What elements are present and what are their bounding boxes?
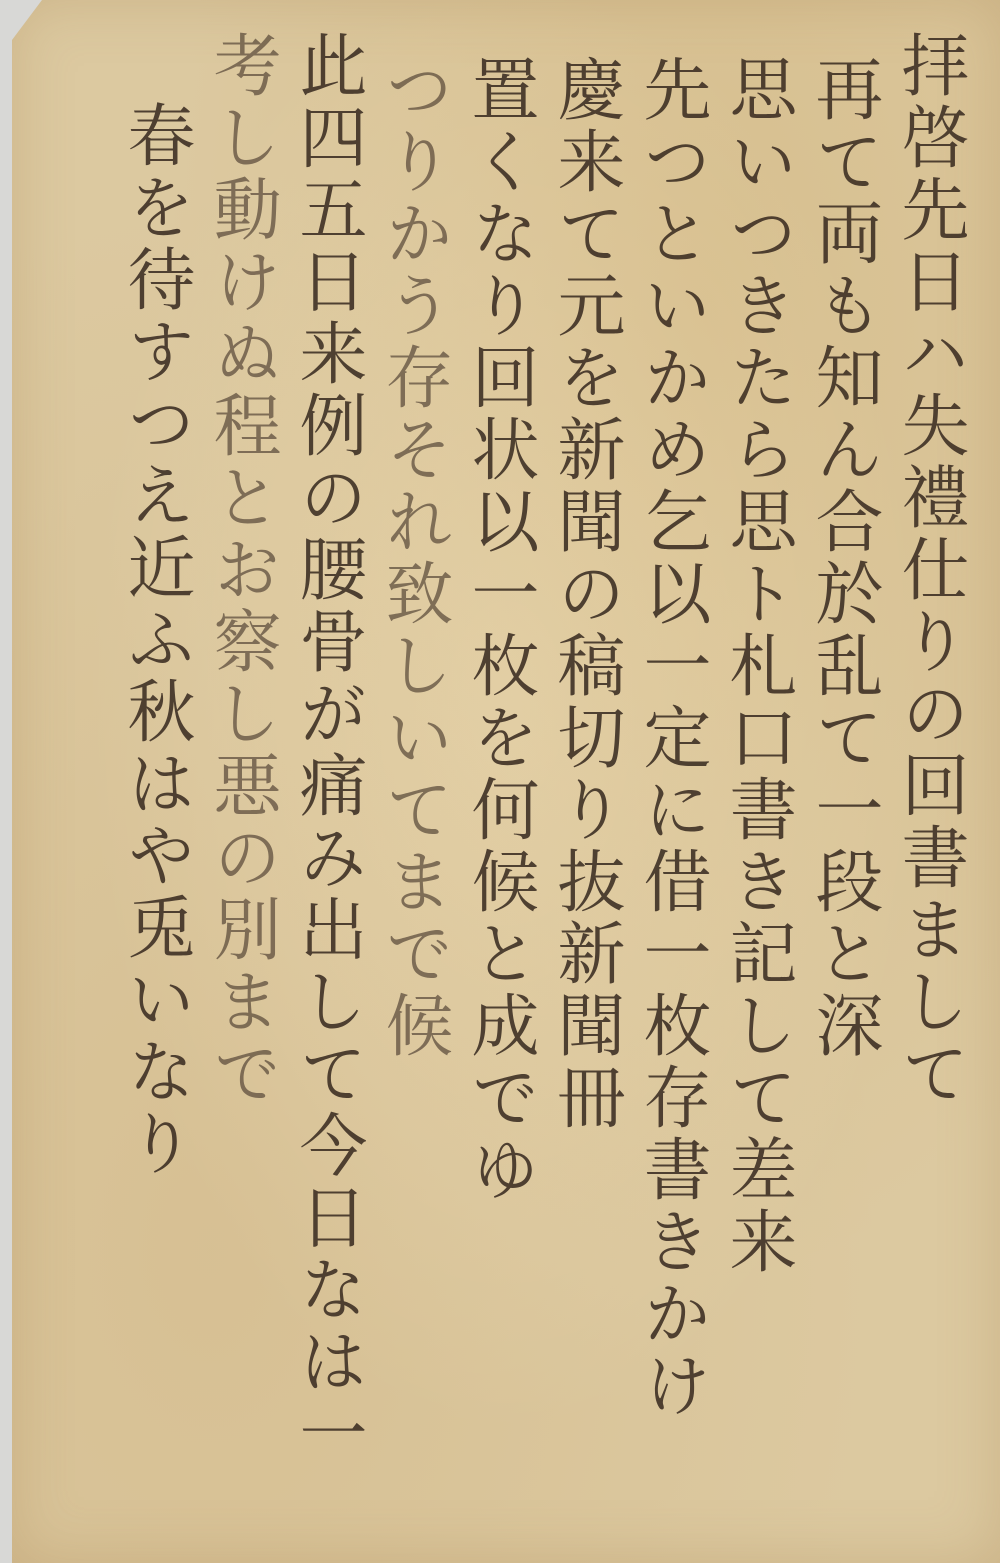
letter-line-2: 再て両も知ん合於乱て一段と深 xyxy=(800,30,886,1530)
letter-line-10: 春を待すつえ近ふ秋はや兎いなり xyxy=(112,30,198,1530)
letter-line-9: 考し動けぬ程とお察し悪の別まで xyxy=(198,30,284,1530)
letter-line-4: 先つといかめ乞以一定に借一枚存書きかけ xyxy=(628,30,714,1530)
letter-line-8: 此四五日来例の腰骨が痛み出して今日なは一 xyxy=(284,30,370,1530)
letter-line-3: 思いつきたら思ト札口書き記して差来 xyxy=(714,30,800,1530)
letter-line-5: 慶来て元を新聞の稿切り抜新聞冊 xyxy=(542,30,628,1530)
letter-body: 拝啓先日ハ失禮仕りの回書まして 再て両も知ん合於乱て一段と深 思いつきたら思ト札… xyxy=(112,30,972,1530)
letter-paper: 拝啓先日ハ失禮仕りの回書まして 再て両も知ん合於乱て一段と深 思いつきたら思ト札… xyxy=(12,0,1000,1563)
letter-line-6: 置くなり回状以一枚を何候と成でゆ xyxy=(456,30,542,1530)
letter-line-1: 拝啓先日ハ失禮仕りの回書まして xyxy=(886,30,972,1530)
letter-line-7: つりかう存それ致しいてまで候 xyxy=(370,30,456,1530)
